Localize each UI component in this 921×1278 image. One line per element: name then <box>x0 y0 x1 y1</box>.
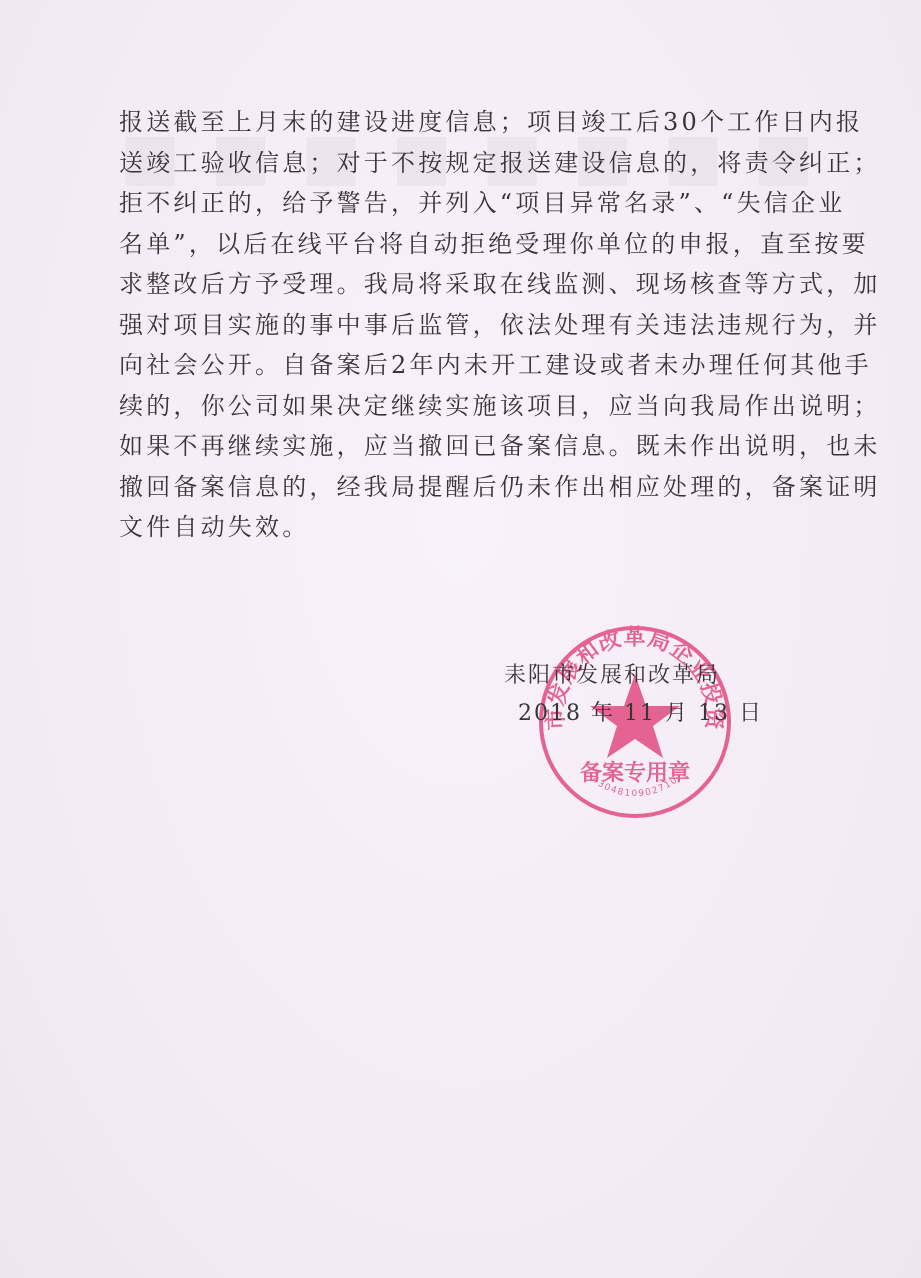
scanned-page: ■■■■■■■■ 报送截至上月末的建设进度信息；项目竣工后30个工作日内报 送竣… <box>0 0 921 1278</box>
document-body: 报送截至上月末的建设进度信息；项目竣工后30个工作日内报 送竣工验收信息；对于不… <box>119 102 809 548</box>
body-line: 报送截至上月末的建设进度信息；项目竣工后30个工作日内报 <box>119 102 809 143</box>
body-line: 撤回备案信息的，经我局提醒后仍未作出相应处理的，备案证明 <box>119 467 809 508</box>
issuer-name: 耒阳市发展和改革局 <box>504 657 763 695</box>
body-line: 名单”，以后在线平台将自动拒绝受理你单位的申报，直至按要 <box>119 224 809 265</box>
body-line: 强对项目实施的事中事后监管，依法处理有关违法违规行为，并 <box>119 305 809 346</box>
body-line: 续的，你公司如果决定继续实施该项目，应当向我局作出说明； <box>119 386 809 427</box>
issue-date: 2018 年 11 月 13 日 <box>504 695 763 733</box>
signature-block: 耒阳市发展和改革局 2018 年 11 月 13 日 <box>504 657 763 733</box>
body-line: 如果不再继续实施，应当撤回已备案信息。既未作出说明，也未 <box>119 426 809 467</box>
body-line: 文件自动失效。 <box>119 507 809 548</box>
body-line: 送竣工验收信息；对于不按规定报送建设信息的，将责令纠正； <box>119 143 809 184</box>
body-line: 向社会公开。自备案后2年内未开工建设或者未办理任何其他手 <box>119 345 809 386</box>
body-line: 求整改后方予受理。我局将采取在线监测、现场核查等方式，加 <box>119 264 809 305</box>
body-line: 拒不纠正的，给予警告，并列入“项目异常名录”、“失信企业 <box>119 183 809 224</box>
